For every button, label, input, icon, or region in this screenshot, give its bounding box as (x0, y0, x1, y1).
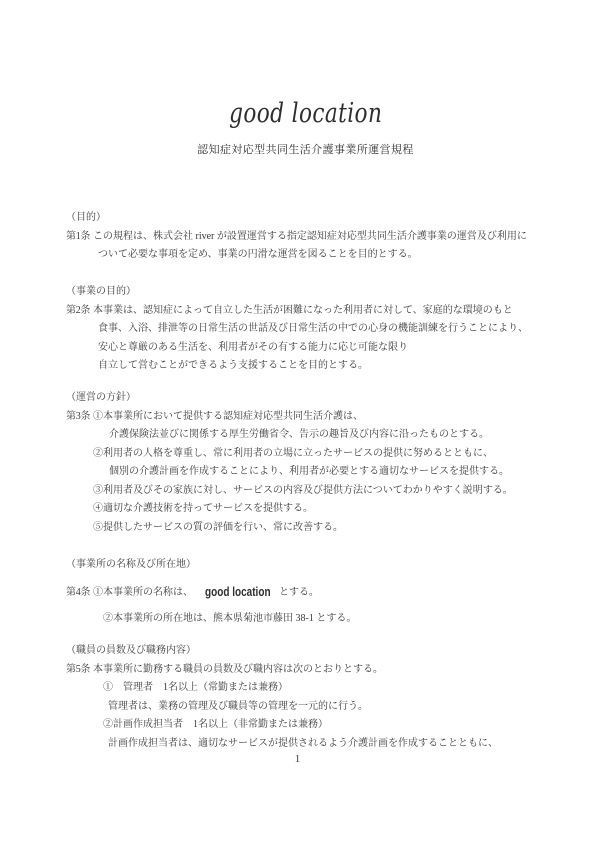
article-5-intro-text: 本事業所に勤務する職員の員数及び職内容は次のとおりとする。 (93, 664, 383, 675)
document-content: good location 認知症対応型共同生活介護事業所運営規程 （目的） 第… (66, 0, 545, 753)
article-5-item-1: ① 管理者 1名以上（常勤または兼務） (103, 679, 545, 698)
article-2-line-3: 安心と尊厳のある生活を、利用者がその有する能力に応じ可能な限り (98, 339, 545, 358)
section-purpose: （目的） 第1条この規程は、株式会社 river が設置運営する指定認知症対応型… (66, 209, 545, 265)
article-3-item-1: 第3条①本事業所において提供する認知症対応型共同生活介護は、 (66, 408, 545, 427)
article-4-item-1-prefix: ①本事業所の名称は、 (93, 587, 193, 598)
article-3-item-2: ②利用者の人格を尊重し、常に利用者の立場に立ったサービスの提供に努めるとともに、 (93, 445, 545, 464)
article-2-line-2: 食事、入浴、排泄等の日常生活の世話及び日常生活の中での心身の機能訓練を行うことに… (98, 320, 545, 339)
article-1-line-1: 第1条この規程は、株式会社 river が設置運営する指定認知症対応型共同生活介… (66, 228, 545, 247)
article-3-number: 第3条 (66, 408, 93, 427)
section-policy-heading: （運営の方針） (66, 389, 545, 408)
section-staff: （職員の員数及び職務内容） 第5条本事業所に勤務する職員の員数及び職内容は次のと… (66, 642, 545, 753)
article-2-line-4: 自立して営むことができるよう支援することを目的とする。 (98, 357, 545, 376)
article-4-item-2: ②本事業所の所在地は、熊本県菊池市藤田 38-1 とする。 (103, 610, 545, 629)
article-3-item-2-cont: 個別の介護計画を作成することにより、利用者が必要とする適切なサービスを提供する。 (109, 463, 545, 482)
article-3-item-1-text: ①本事業所において提供する認知症対応型共同生活介護は、 (93, 411, 363, 422)
article-1-number: 第1条 (66, 228, 93, 247)
page-number: 1 (0, 753, 595, 765)
article-5-intro: 第5条本事業所に勤務する職員の員数及び職内容は次のとおりとする。 (66, 661, 545, 680)
article-3-item-3: ③利用者及びその家族に対し、サービスの内容及び提供方法についてわかりやすく説明す… (93, 482, 545, 501)
article-3-item-5: ⑤提供したサービスの質の評価を行い、常に改善する。 (93, 519, 545, 538)
article-4-item-1-suffix: とする。 (279, 587, 319, 598)
section-business-heading: （事業の目的） (66, 283, 545, 302)
section-staff-heading: （職員の員数及び職務内容） (66, 642, 545, 661)
article-4-number: 第4条 (66, 584, 93, 603)
section-purpose-heading: （目的） (66, 209, 545, 228)
section-business-purpose: （事業の目的） 第2条本事業は、認知症によって自立した生活が困難になった利用者に… (66, 283, 545, 376)
article-5-item-2: ②計画作成担当者 1名以上（非常勤または兼務） (103, 716, 545, 735)
article-5-item-1-desc: 管理者は、業務の管理及び職員等の管理を一元的に行う。 (108, 698, 545, 717)
section-operating-policy: （運営の方針） 第3条①本事業所において提供する認知症対応型共同生活介護は、 介… (66, 389, 545, 537)
article-5-number: 第5条 (66, 661, 93, 680)
document-subtitle: 認知症対応型共同生活介護事業所運営規程 (66, 143, 545, 157)
article-2-line-1: 第2条本事業は、認知症によって自立した生活が困難になった利用者に対して、家庭的な… (66, 302, 545, 321)
section-name-heading: （事業所の名称及び所在地） (66, 556, 545, 575)
article-2-number: 第2条 (66, 302, 93, 321)
article-5-item-2-desc: 計画作成担当者は、適切なサービスが提供されるよう介護計画を作成することともに、 (108, 735, 545, 754)
document-title-text: good location (229, 98, 382, 130)
article-3-item-1-cont: 介護保険法並びに関係する厚生労働省令、告示の趣旨及び内容に沿ったものとする。 (109, 426, 545, 445)
article-2-text: 本事業は、認知症によって自立した生活が困難になった利用者に対して、家庭的な環境の… (93, 305, 513, 316)
article-4-item-1: 第4条①本事業所の名称は、good locationとする。 (66, 583, 545, 603)
section-name-location: （事業所の名称及び所在地） 第4条①本事業所の名称は、good location… (66, 556, 545, 629)
document-page: good location 認知症対応型共同生活介護事業所運営規程 （目的） 第… (0, 0, 595, 842)
facility-name: good location (205, 583, 271, 602)
article-1-line-2: ついて必要な事項を定め、事業の円滑な運営を図ることを目的とする。 (98, 246, 545, 265)
document-title: good location (66, 97, 545, 130)
article-1-text: この規程は、株式会社 river が設置運営する指定認知症対応型共同生活介護事業… (93, 231, 527, 242)
article-3-item-4: ④適切な介護技術を持ってサービスを提供する。 (93, 500, 545, 519)
